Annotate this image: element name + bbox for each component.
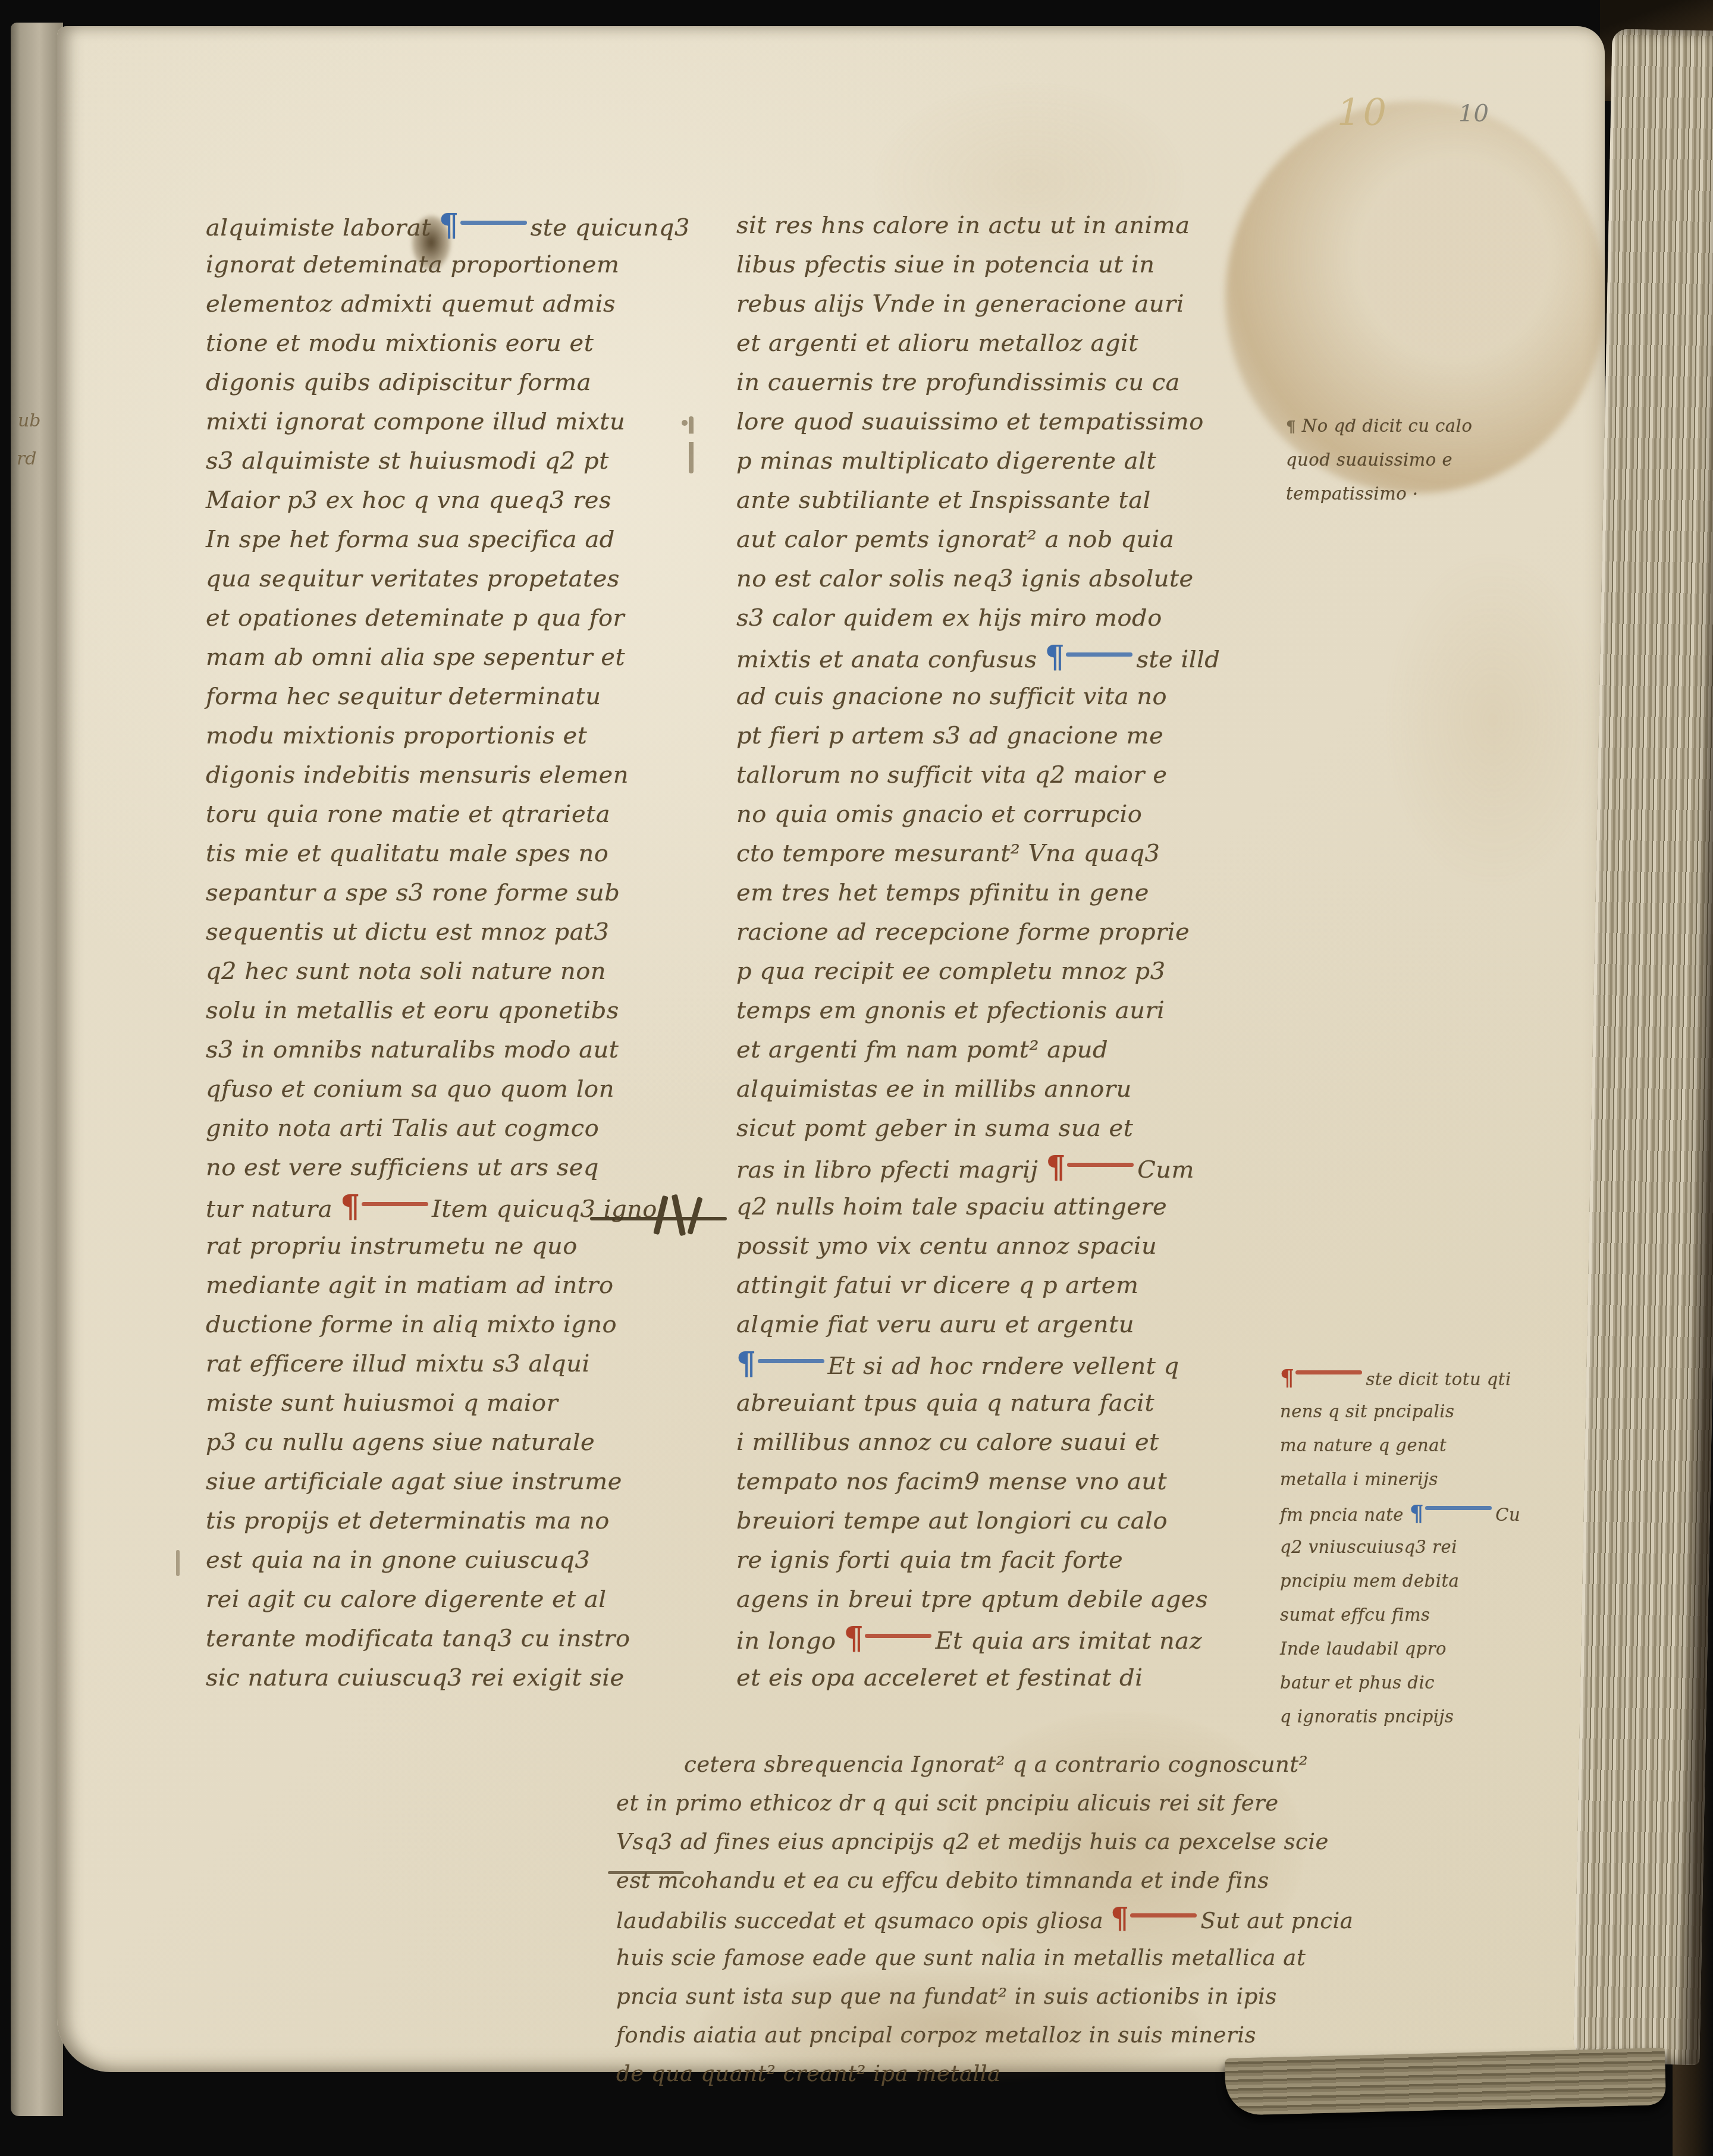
handwritten-text: re ignis forti quia tm facit forte bbox=[736, 1546, 1123, 1574]
handwritten-text: sequentis ut dictu est mnoz pat3 bbox=[206, 918, 610, 946]
handwritten-text: possit ymo vix centu annoz spaciu bbox=[736, 1232, 1157, 1260]
text-line: tur natura ¶Item quicuq3 igno bbox=[206, 1187, 670, 1226]
text-line: ¶Et si ad hoc rndere vellent q bbox=[736, 1344, 1272, 1383]
text-line: sequentis ut dictu est mnoz pat3 bbox=[206, 912, 670, 952]
text-line: pncipiu mem debita bbox=[1280, 1564, 1613, 1598]
pilcrow-red-icon: ¶ bbox=[844, 1620, 864, 1656]
text-line: rebus alijs Vnde in generacione auri bbox=[736, 284, 1272, 324]
text-line: et eis opa acceleret et festinat di bbox=[736, 1658, 1272, 1697]
handwritten-text: q2 vniuscuiusq3 rei bbox=[1280, 1537, 1457, 1557]
pilcrow-red-icon: ¶ bbox=[1280, 1364, 1294, 1391]
text-line: rei agit cu calore digerente et al bbox=[206, 1580, 670, 1619]
text-line: rat efficere illud mixtu s3 alqui bbox=[206, 1344, 670, 1383]
folio-number-pencil: 10 bbox=[1458, 100, 1489, 127]
handwritten-text: ras in libro pfecti magrij bbox=[736, 1156, 1046, 1184]
text-line: toru quia rone matie et qtrarieta bbox=[206, 795, 670, 834]
text-line: qfuso et conium sa quo quom lon bbox=[206, 1069, 670, 1109]
handwritten-text: de qua quant² creant² ipa metalla bbox=[616, 2061, 1001, 2086]
text-line: nens q sit pncipalis bbox=[1280, 1395, 1613, 1429]
handwritten-text: q2 hec sunt nota soli nature non bbox=[206, 958, 606, 985]
handwritten-text: s3 alquimiste st huiusmodi q2 pt bbox=[206, 447, 609, 475]
handwritten-text: em tres het temps pfinitu in gene bbox=[736, 879, 1149, 906]
handwritten-text: tis mie et qualitatu male spes no bbox=[206, 840, 608, 867]
handwritten-text: tis propijs et determinatis ma no bbox=[206, 1507, 610, 1534]
text-line: mixtis et anata confusus ¶ste illd bbox=[736, 638, 1272, 677]
handwritten-text: tur natura bbox=[206, 1195, 340, 1223]
text-line: tempato nos facim9 mense vno aut bbox=[736, 1462, 1272, 1501]
parchment-stain bbox=[1386, 553, 1600, 886]
crossed-out-scribble bbox=[647, 1193, 724, 1239]
text-line: ¶ No qd dicit cu calo bbox=[1286, 409, 1607, 443]
left-edge-text-fragment: ub bbox=[18, 410, 41, 431]
handwritten-text: temps em gnonis et pfectionis auri bbox=[736, 997, 1165, 1024]
text-line: q2 vniuscuiusq3 rei bbox=[1280, 1530, 1613, 1564]
handwritten-text: et argenti et alioru metalloz agit bbox=[736, 329, 1138, 357]
handwritten-text: alqmie fiat veru auru et argentu bbox=[736, 1311, 1134, 1338]
handwritten-text: no est vere sufficiens ut ars seq bbox=[206, 1154, 599, 1181]
handwritten-text: digonis indebitis mensuris elemen bbox=[206, 761, 629, 789]
text-line: et argenti et alioru metalloz agit bbox=[736, 324, 1272, 363]
handwritten-text: ignorat deteminata proportionem bbox=[206, 251, 619, 278]
pilcrow-blue-icon: ¶ bbox=[1410, 1500, 1424, 1526]
text-line: lore quod suauissimo et tempatissimo bbox=[736, 402, 1272, 441]
handwritten-text: ma nature q genat bbox=[1280, 1435, 1447, 1455]
text-line: sicut pomt geber in suma sua et bbox=[736, 1109, 1272, 1148]
pilcrow-blue-icon: ¶ bbox=[1045, 639, 1065, 675]
gutter-paraph-mark bbox=[689, 416, 694, 473]
handwritten-text: q2 nulls hoim tale spaciu attingere bbox=[736, 1193, 1167, 1220]
handwritten-text: metalla i minerijs bbox=[1280, 1469, 1438, 1489]
text-line: modu mixtionis proportionis et bbox=[206, 716, 670, 755]
text-line: em tres het temps pfinitu in gene bbox=[736, 873, 1272, 912]
text-line: abreuiant tpus quia q natura facit bbox=[736, 1383, 1272, 1423]
handwritten-text: sepantur a spe s3 rone forme sub bbox=[206, 879, 620, 906]
text-line: digonis quibs adipiscitur forma bbox=[206, 363, 670, 402]
handwritten-text: mixti ignorat compone illud mixtu bbox=[206, 408, 625, 435]
left-margin-mark bbox=[176, 1550, 180, 1576]
text-line: breuiori tempe aut longiori cu calo bbox=[736, 1501, 1272, 1540]
pilcrow-red-icon: ¶ bbox=[1110, 1902, 1129, 1935]
handwritten-text: ste dicit totu qti bbox=[1366, 1369, 1511, 1389]
handwritten-text: p3 cu nullu agens siue naturale bbox=[206, 1429, 595, 1456]
handwritten-text: fondis aiatia aut pncipal corpoz metallo… bbox=[616, 2022, 1256, 2048]
text-line: p minas multiplicato digerente alt bbox=[736, 441, 1272, 481]
catchword-dash bbox=[608, 1871, 684, 1874]
text-line: temps em gnonis et pfectionis auri bbox=[736, 991, 1272, 1030]
pilcrow-flourish bbox=[1295, 1370, 1362, 1374]
text-line: et opationes deteminate p qua for bbox=[206, 598, 670, 638]
handwritten-text: lore quod suauissimo et tempatissimo bbox=[736, 408, 1204, 435]
handwritten-text: In spe het forma sua specifica ad bbox=[206, 526, 615, 553]
handwritten-text: sit res hns calore in actu ut in anima bbox=[736, 212, 1190, 239]
handwritten-text: rei agit cu calore digerente et al bbox=[206, 1586, 607, 1613]
text-line: ductione forme in aliq mixto igno bbox=[206, 1305, 670, 1344]
text-line: tallorum no sufficit vita q2 maior e bbox=[736, 755, 1272, 795]
text-line: ras in libro pfecti magrij ¶Cum bbox=[736, 1148, 1272, 1187]
handwritten-text: sumat effcu fims bbox=[1280, 1605, 1430, 1625]
text-line: ignorat deteminata proportionem bbox=[206, 245, 670, 284]
handwritten-text: agens in breui tpre qptum debile ages bbox=[736, 1586, 1208, 1613]
handwritten-text: toru quia rone matie et qtrarieta bbox=[206, 801, 610, 828]
handwritten-text: ste illd bbox=[1136, 646, 1220, 673]
text-line: no est calor solis neq3 ignis absolute bbox=[736, 559, 1272, 598]
handwritten-text: Et si ad hoc rndere vellent q bbox=[828, 1352, 1179, 1380]
handwritten-text: aut calor pemts ignorat² a nob quia bbox=[736, 526, 1174, 553]
handwritten-text: elementoz admixti quemut admis bbox=[206, 290, 616, 318]
handwritten-text: qfuso et conium sa quo quom lon bbox=[206, 1075, 614, 1103]
handwritten-text: Sut aut pncia bbox=[1200, 1908, 1353, 1934]
text-line: i millibus annoz cu calore suaui et bbox=[736, 1423, 1272, 1462]
left-edge-text-fragment: rd bbox=[17, 448, 37, 469]
handwritten-text: alquimiste laborat bbox=[206, 214, 439, 241]
handwritten-text: modu mixtionis proportionis et bbox=[206, 722, 587, 749]
text-line: mam ab omni alia spe sepentur et bbox=[206, 638, 670, 677]
handwritten-text: miste sunt huiusmoi q maior bbox=[206, 1389, 558, 1417]
handwritten-text: digonis quibs adipiscitur forma bbox=[206, 369, 591, 396]
handwritten-text: rebus alijs Vnde in generacione auri bbox=[736, 290, 1184, 318]
text-line: no est vere sufficiens ut ars seq bbox=[206, 1148, 670, 1187]
handwritten-text: et eis opa acceleret et festinat di bbox=[736, 1664, 1143, 1691]
handwritten-text: qua sequitur veritates propetates bbox=[206, 565, 620, 592]
text-line: pncia sunt ista sup que na fundat² in su… bbox=[616, 1977, 1627, 2016]
handwritten-text: ad cuis gnacione no sufficit vita no bbox=[736, 683, 1167, 710]
text-line: digonis indebitis mensuris elemen bbox=[206, 755, 670, 795]
handwritten-text: Cu bbox=[1495, 1505, 1520, 1525]
text-line: et in primo ethicoz dr q qui scit pncipi… bbox=[616, 1784, 1627, 1822]
handwritten-text: ste quicunq3 bbox=[531, 214, 690, 241]
text-line: elementoz admixti quemut admis bbox=[206, 284, 670, 324]
handwritten-text: libus pfectis siue in potencia ut in bbox=[736, 251, 1155, 278]
handwritten-text: pncipiu mem debita bbox=[1280, 1571, 1459, 1591]
handwritten-text: ductione forme in aliq mixto igno bbox=[206, 1311, 617, 1338]
text-line: s3 alquimiste st huiusmodi q2 pt bbox=[206, 441, 670, 481]
text-line: q ignoratis pncipijs bbox=[1280, 1700, 1613, 1734]
pilcrow-flourish bbox=[865, 1634, 931, 1638]
handwritten-text: et opationes deteminate p qua for bbox=[206, 604, 625, 632]
handwritten-text: breuiori tempe aut longiori cu calo bbox=[736, 1507, 1168, 1534]
text-line: alqmie fiat veru auru et argentu bbox=[736, 1305, 1272, 1344]
handwritten-text: p qua recipit ee completu mnoz p3 bbox=[736, 958, 1166, 985]
text-line: sepantur a spe s3 rone forme sub bbox=[206, 873, 670, 912]
text-column-right: sit res hns calore in actu ut in animali… bbox=[736, 206, 1272, 1697]
handwritten-text: racione ad recepcione forme proprie bbox=[736, 918, 1190, 946]
handwritten-text: Cum bbox=[1137, 1156, 1194, 1184]
previous-leaf-edge: ub rd bbox=[11, 23, 63, 2116]
text-line: q2 nulls hoim tale spaciu attingere bbox=[736, 1187, 1272, 1226]
text-line: p qua recipit ee completu mnoz p3 bbox=[736, 952, 1272, 991]
pilcrow-brown-icon: ¶ bbox=[1286, 418, 1296, 436]
text-line: fondis aiatia aut pncipal corpoz metallo… bbox=[616, 2016, 1627, 2054]
pilcrow-blue-icon: ¶ bbox=[736, 1345, 757, 1382]
handwritten-text: nens q sit pncipalis bbox=[1280, 1401, 1454, 1421]
text-line: est mcohandu et ea cu effcu debito timna… bbox=[616, 1861, 1627, 1900]
text-line: rat propriu instrumetu ne quo bbox=[206, 1226, 670, 1266]
handwritten-text: s3 calor quidem ex hijs miro modo bbox=[736, 604, 1162, 632]
handwritten-text: i millibus annoz cu calore suaui et bbox=[736, 1429, 1159, 1456]
handwritten-text: batur et phus dic bbox=[1280, 1672, 1435, 1693]
text-line: tis propijs et determinatis ma no bbox=[206, 1501, 670, 1540]
pilcrow-flourish bbox=[1425, 1506, 1492, 1510]
text-line: mixti ignorat compone illud mixtu bbox=[206, 402, 670, 441]
text-line: sumat effcu fims bbox=[1280, 1598, 1613, 1632]
handwritten-text: laudabilis succedat et qsumaco opis glio… bbox=[616, 1908, 1110, 1934]
text-line: libus pfectis siue in potencia ut in bbox=[736, 245, 1272, 284]
folio-number-ink: 10 bbox=[1337, 90, 1389, 134]
handwritten-text: pncia sunt ista sup que na fundat² in su… bbox=[616, 1984, 1277, 2009]
photograph-of-manuscript: { "meta": { "description": "Photograph o… bbox=[0, 0, 1713, 2156]
pilcrow-flourish bbox=[1066, 652, 1132, 657]
text-line: metalla i minerijs bbox=[1280, 1463, 1613, 1496]
text-line: Maior p3 ex hoc q vna queq3 res bbox=[206, 481, 670, 520]
text-line: ¶ste dicit totu qti bbox=[1280, 1361, 1613, 1395]
text-line: agens in breui tpre qptum debile ages bbox=[736, 1580, 1272, 1619]
handwritten-text: attingit fatui vr dicere q p artem bbox=[736, 1272, 1138, 1299]
handwritten-text: Vsq3 ad fines eius apncipijs q2 et medij… bbox=[616, 1829, 1329, 1854]
text-line: tempatissimo · bbox=[1286, 477, 1607, 511]
text-line: batur et phus dic bbox=[1280, 1666, 1613, 1700]
text-line: attingit fatui vr dicere q p artem bbox=[736, 1266, 1272, 1305]
margin-note-middle: ¶ste dicit totu qtinens q sit pncipalism… bbox=[1280, 1361, 1613, 1734]
text-line: huis scie famose eade que sunt nalia in … bbox=[616, 1938, 1627, 1977]
handwritten-text: mam ab omni alia spe sepentur et bbox=[206, 644, 625, 671]
text-line: s3 in omnibs naturalibs modo aut bbox=[206, 1030, 670, 1069]
text-line: est quia na in gnone cuiuscuq3 bbox=[206, 1540, 670, 1580]
handwritten-text: No qd dicit cu calo bbox=[1296, 416, 1472, 436]
handwritten-text: siue artificiale agat siue instrume bbox=[206, 1468, 622, 1495]
handwritten-text: solu in metallis et eoru qponetibs bbox=[206, 997, 619, 1024]
margin-note-top: ¶ No qd dicit cu caloquod suauissimo ete… bbox=[1286, 409, 1607, 511]
pilcrow-flourish bbox=[460, 221, 527, 225]
pilcrow-red-icon: ¶ bbox=[340, 1188, 360, 1225]
handwritten-text: abreuiant tpus quia q natura facit bbox=[736, 1389, 1154, 1417]
text-line: fm pncia nate ¶Cu bbox=[1280, 1496, 1613, 1530]
handwritten-text: terante modificata tanq3 cu instro bbox=[206, 1625, 630, 1652]
handwritten-text: sic natura cuiuscuq3 rei exigit sie bbox=[206, 1664, 625, 1691]
text-line: aut calor pemts ignorat² a nob quia bbox=[736, 520, 1272, 559]
text-line: terante modificata tanq3 cu instro bbox=[206, 1619, 670, 1658]
text-line: et argenti fm nam pomt² apud bbox=[736, 1030, 1272, 1069]
handwritten-text: forma hec sequitur determinatu bbox=[206, 683, 601, 710]
text-line: possit ymo vix centu annoz spaciu bbox=[736, 1226, 1272, 1266]
handwritten-text: tione et modu mixtionis eoru et bbox=[206, 329, 594, 357]
text-line: sic natura cuiuscuq3 rei exigit sie bbox=[206, 1658, 670, 1697]
handwritten-text: p minas multiplicato digerente alt bbox=[736, 447, 1156, 475]
text-line: racione ad recepcione forme proprie bbox=[736, 912, 1272, 952]
text-line: re ignis forti quia tm facit forte bbox=[736, 1540, 1272, 1580]
handwritten-text: Maior p3 ex hoc q vna queq3 res bbox=[206, 487, 611, 514]
handwritten-text: sicut pomt geber in suma sua et bbox=[736, 1115, 1133, 1142]
handwritten-text: gnito nota arti Talis aut cogmco bbox=[206, 1115, 599, 1142]
pilcrow-red-icon: ¶ bbox=[1046, 1149, 1066, 1185]
text-line: quod suauissimo e bbox=[1286, 443, 1607, 477]
handwritten-text: cto tempore mesurant² Vna quaq3 bbox=[736, 840, 1160, 867]
handwritten-text: est mcohandu et ea cu effcu debito timna… bbox=[616, 1868, 1269, 1893]
handwritten-text: quod suauissimo e bbox=[1286, 450, 1452, 470]
text-line: laudabilis succedat et qsumaco opis glio… bbox=[616, 1900, 1627, 1938]
handwritten-text: cetera sbrequencia Ignorat² q a contrari… bbox=[684, 1752, 1308, 1777]
handwritten-text: ante subtiliante et Inspissante tal bbox=[736, 487, 1151, 514]
text-line: tis mie et qualitatu male spes no bbox=[206, 834, 670, 873]
text-line: solu in metallis et eoru qponetibs bbox=[206, 991, 670, 1030]
text-line: q2 hec sunt nota soli nature non bbox=[206, 952, 670, 991]
text-line: qua sequitur veritates propetates bbox=[206, 559, 670, 598]
pilcrow-flourish bbox=[362, 1202, 428, 1206]
handwritten-text: s3 in omnibs naturalibs modo aut bbox=[206, 1036, 619, 1063]
handwritten-text: no quia omis gnacio et corrupcio bbox=[736, 801, 1142, 828]
bottom-text-block: cetera sbrequencia Ignorat² q a contrari… bbox=[616, 1745, 1627, 2093]
pilcrow-flourish bbox=[1130, 1913, 1197, 1918]
text-line: cto tempore mesurant² Vna quaq3 bbox=[736, 834, 1272, 873]
pilcrow-flourish bbox=[1067, 1163, 1134, 1167]
handwritten-text: est quia na in gnone cuiuscuq3 bbox=[206, 1546, 590, 1574]
text-line: In spe het forma sua specifica ad bbox=[206, 520, 670, 559]
handwritten-text: Inde laudabil qpro bbox=[1280, 1639, 1447, 1659]
handwritten-text: tempatissimo · bbox=[1286, 484, 1419, 504]
text-line: p3 cu nullu agens siue naturale bbox=[206, 1423, 670, 1462]
text-line: forma hec sequitur determinatu bbox=[206, 677, 670, 716]
handwritten-text: in cauernis tre profundissimis cu ca bbox=[736, 369, 1180, 396]
text-line: sit res hns calore in actu ut in anima bbox=[736, 206, 1272, 245]
text-line: cetera sbrequencia Ignorat² q a contrari… bbox=[616, 1745, 1627, 1784]
handwritten-text: in longo bbox=[736, 1627, 844, 1655]
handwritten-text: et in primo ethicoz dr q qui scit pncipi… bbox=[616, 1790, 1279, 1816]
handwritten-text: pt fieri p artem s3 ad gnacione me bbox=[736, 722, 1163, 749]
pilcrow-blue-icon: ¶ bbox=[439, 207, 459, 243]
handwritten-text: et argenti fm nam pomt² apud bbox=[736, 1036, 1108, 1063]
handwritten-text: tempato nos facim9 mense vno aut bbox=[736, 1468, 1167, 1495]
handwritten-text: alquimistas ee in millibs annoru bbox=[736, 1075, 1132, 1103]
text-line: alquimiste laborat ¶ste quicunq3 bbox=[206, 206, 670, 245]
text-line: in longo ¶Et quia ars imitat naz bbox=[736, 1619, 1272, 1658]
text-line: gnito nota arti Talis aut cogmco bbox=[206, 1109, 670, 1148]
handwritten-text: rat propriu instrumetu ne quo bbox=[206, 1232, 578, 1260]
text-line: in cauernis tre profundissimis cu ca bbox=[736, 363, 1272, 402]
handwritten-text: Et quia ars imitat naz bbox=[935, 1627, 1202, 1655]
text-line: de qua quant² creant² ipa metalla bbox=[616, 2054, 1627, 2093]
pilcrow-flourish bbox=[758, 1359, 824, 1363]
handwritten-text: mixtis et anata confusus bbox=[736, 646, 1045, 673]
text-line: siue artificiale agat siue instrume bbox=[206, 1462, 670, 1501]
text-line: tione et modu mixtionis eoru et bbox=[206, 324, 670, 363]
text-line: pt fieri p artem s3 ad gnacione me bbox=[736, 716, 1272, 755]
text-line: ad cuis gnacione no sufficit vita no bbox=[736, 677, 1272, 716]
handwritten-text: q ignoratis pncipijs bbox=[1280, 1706, 1454, 1727]
text-line: ante subtiliante et Inspissante tal bbox=[736, 481, 1272, 520]
handwritten-text: mediante agit in matiam ad intro bbox=[206, 1272, 614, 1299]
text-line: Vsq3 ad fines eius apncipijs q2 et medij… bbox=[616, 1822, 1627, 1861]
text-line: s3 calor quidem ex hijs miro modo bbox=[736, 598, 1272, 638]
text-line: mediante agit in matiam ad intro bbox=[206, 1266, 670, 1305]
text-line: no quia omis gnacio et corrupcio bbox=[736, 795, 1272, 834]
handwritten-text: no est calor solis neq3 ignis absolute bbox=[736, 565, 1194, 592]
handwritten-text: huis scie famose eade que sunt nalia in … bbox=[616, 1945, 1306, 1970]
handwritten-text: rat efficere illud mixtu s3 alqui bbox=[206, 1350, 590, 1377]
text-line: alquimistas ee in millibs annoru bbox=[736, 1069, 1272, 1109]
text-line: miste sunt huiusmoi q maior bbox=[206, 1383, 670, 1423]
text-line: Inde laudabil qpro bbox=[1280, 1632, 1613, 1666]
handwritten-text: fm pncia nate bbox=[1280, 1505, 1410, 1525]
handwritten-text: tallorum no sufficit vita q2 maior e bbox=[736, 761, 1167, 789]
text-line: ma nature q genat bbox=[1280, 1429, 1613, 1463]
text-column-left: alquimiste laborat ¶ste quicunq3ignorat … bbox=[206, 206, 670, 1697]
